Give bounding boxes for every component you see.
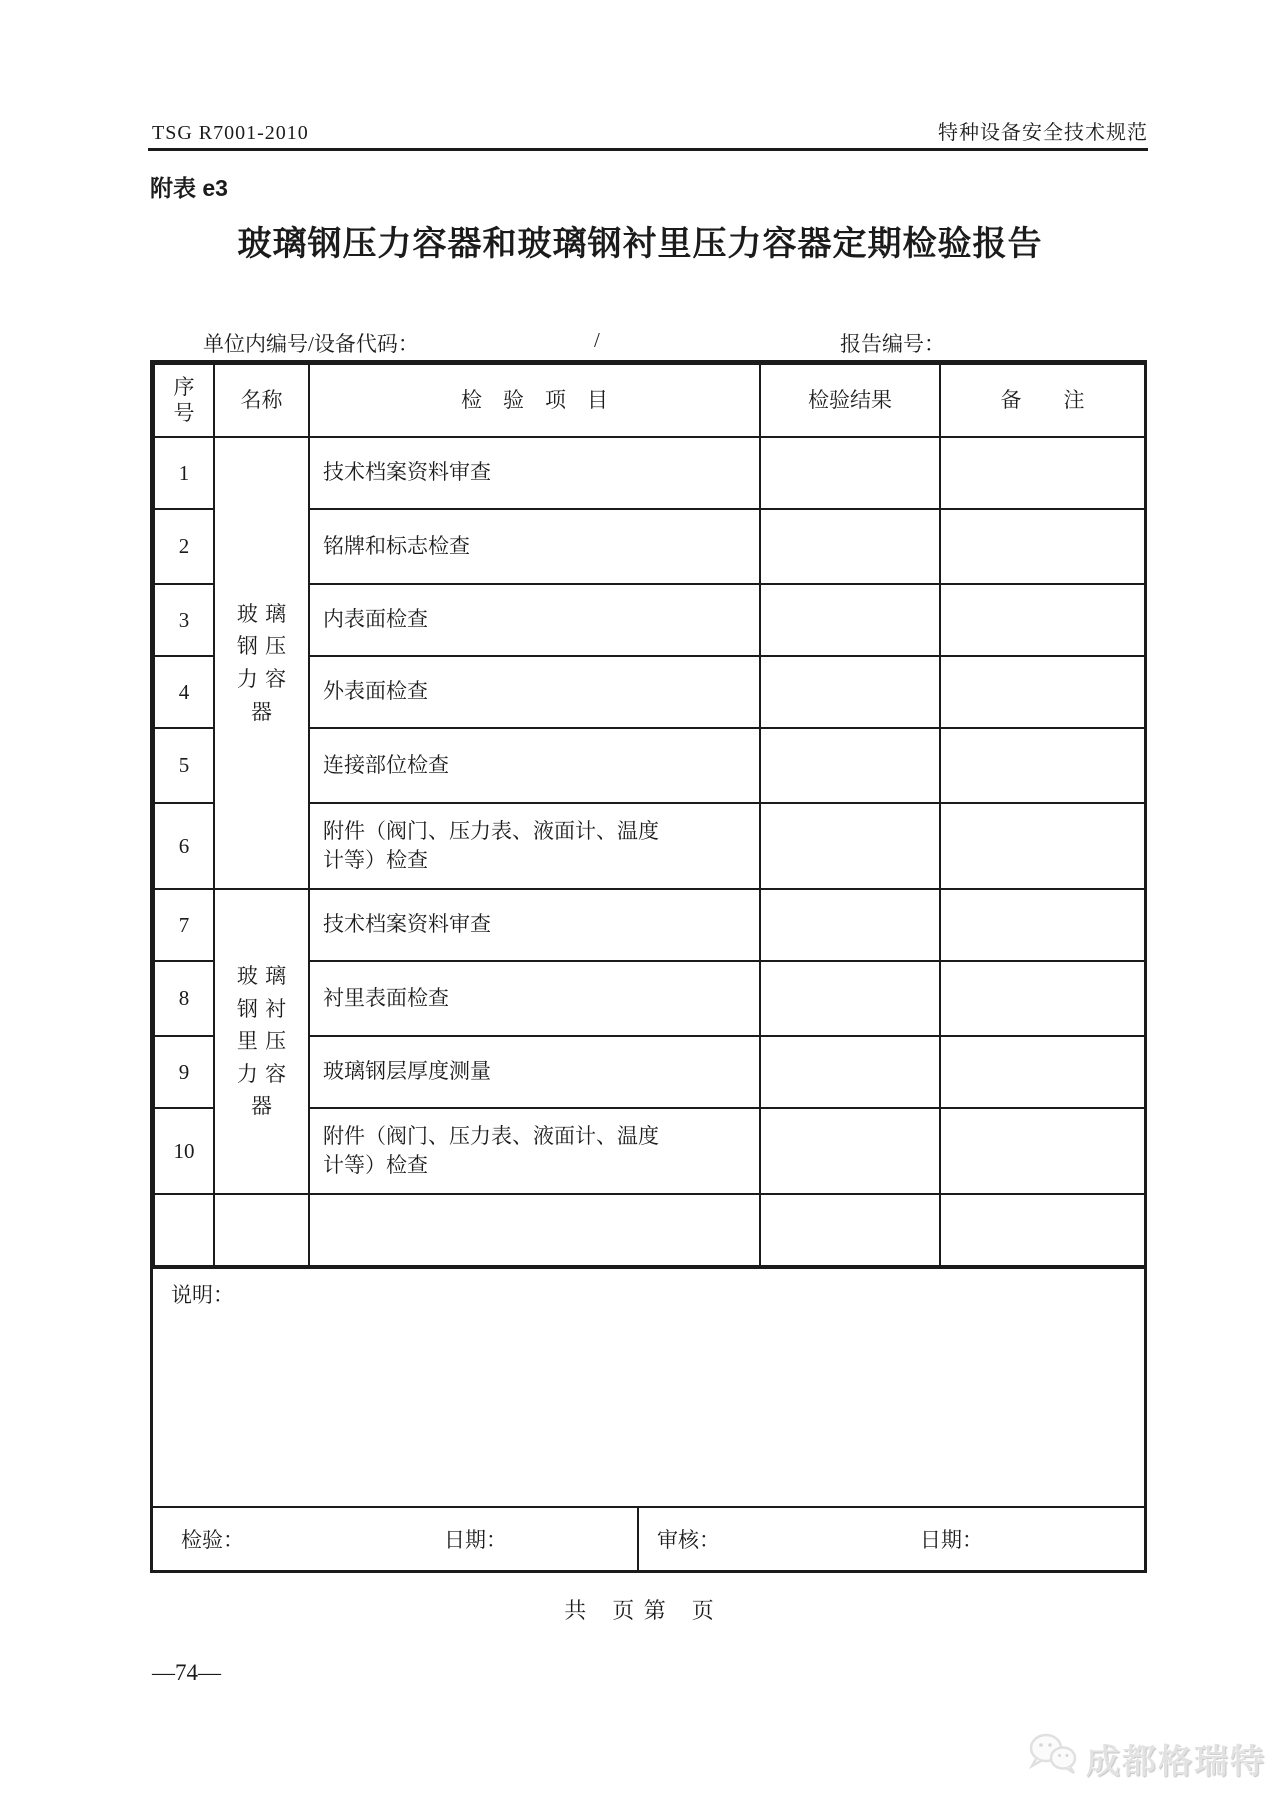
header-result: 检验结果	[760, 364, 940, 437]
row-seq: 6	[154, 803, 214, 889]
signature-row: 检验： 日期： 审核： 日期：	[153, 1506, 1144, 1570]
row-item: 技术档案资料审查	[309, 889, 760, 961]
row-remark	[940, 803, 1145, 889]
note-label: 说明：	[153, 1269, 1144, 1309]
group-name-frp-vessel: 玻璃 钢压 力容 器	[214, 437, 309, 889]
doc-title: 特种设备安全技术规范	[938, 116, 1148, 145]
group-name-frp-lined-vessel: 玻璃 钢衬 里压 力容 器	[214, 889, 309, 1194]
row-seq: 3	[154, 584, 214, 656]
annex-label: 附表 e3	[150, 170, 228, 203]
review-date-label: 日期：	[920, 1524, 983, 1554]
meta-line: 单位内编号/设备代码： / 报告编号：	[0, 328, 1280, 358]
row-result	[760, 889, 940, 961]
header-seq: 序 号	[154, 364, 214, 437]
doc-code: TSG R7001-2010	[152, 122, 309, 145]
row-remark	[940, 509, 1145, 584]
row-item: 外表面检查	[309, 656, 760, 728]
report-title: 玻璃钢压力容器和玻璃钢衬里压力容器定期检验报告	[0, 216, 1280, 265]
header-item: 检 验 项 目	[309, 364, 760, 437]
row-item: 技术档案资料审查	[309, 437, 760, 509]
unit-code-label: 单位内编号/设备代码：	[203, 328, 419, 358]
signature-right-cell: 审核： 日期：	[639, 1508, 1144, 1570]
row-item: 衬里表面检查	[309, 961, 760, 1036]
row-remark	[940, 584, 1145, 656]
row-remark	[940, 437, 1145, 509]
signature-left-cell: 检验： 日期：	[153, 1508, 639, 1570]
row-result	[760, 803, 940, 889]
table-row: 1 玻璃 钢压 力容 器 技术档案资料审查	[154, 437, 1145, 509]
row-remark	[940, 961, 1145, 1036]
row-seq: 2	[154, 509, 214, 584]
row-result	[760, 1108, 940, 1194]
row-result	[760, 437, 940, 509]
row-name	[214, 1194, 309, 1266]
table-row-empty	[154, 1194, 1145, 1266]
note-section: 说明：	[153, 1267, 1144, 1506]
running-header: TSG R7001-2010 特种设备安全技术规范	[152, 116, 1148, 145]
row-seq: 8	[154, 961, 214, 1036]
header-remark: 备 注	[940, 364, 1145, 437]
row-result	[760, 961, 940, 1036]
row-result	[760, 656, 940, 728]
row-result	[760, 1194, 940, 1266]
watermark-text: 成都格瑞特	[1086, 1734, 1266, 1783]
row-item	[309, 1194, 760, 1266]
inspector-label: 检验：	[181, 1524, 244, 1554]
row-seq: 10	[154, 1108, 214, 1194]
inspection-table: 序 号 名称 检 验 项 目 检验结果 备 注 1 玻璃 钢压 力容 器 技术档…	[150, 360, 1147, 1573]
row-remark	[940, 889, 1145, 961]
page-number: —74—	[152, 1660, 221, 1686]
row-item: 内表面检查	[309, 584, 760, 656]
reviewer-label: 审核：	[657, 1524, 720, 1554]
watermark: 成都格瑞特	[1026, 1732, 1266, 1785]
row-result	[760, 728, 940, 803]
document-page: TSG R7001-2010 特种设备安全技术规范 附表 e3 玻璃钢压力容器和…	[0, 0, 1280, 1810]
row-item: 连接部位检查	[309, 728, 760, 803]
header-name: 名称	[214, 364, 309, 437]
row-item: 附件（阀门、压力表、液面计、温度 计等）检查	[309, 1108, 760, 1194]
header-rule	[148, 148, 1148, 151]
row-remark	[940, 728, 1145, 803]
table-row: 7 玻璃 钢衬 里压 力容 器 技术档案资料审查	[154, 889, 1145, 961]
row-result	[760, 1036, 940, 1108]
row-seq: 4	[154, 656, 214, 728]
row-seq	[154, 1194, 214, 1266]
row-result	[760, 584, 940, 656]
report-no-label: 报告编号：	[840, 328, 945, 358]
row-seq: 1	[154, 437, 214, 509]
wechat-icon	[1026, 1732, 1078, 1785]
row-remark	[940, 656, 1145, 728]
table-header-row: 序 号 名称 检 验 项 目 检验结果 备 注	[154, 364, 1145, 437]
row-result	[760, 509, 940, 584]
row-seq: 5	[154, 728, 214, 803]
row-remark	[940, 1108, 1145, 1194]
row-remark	[940, 1036, 1145, 1108]
row-seq: 9	[154, 1036, 214, 1108]
row-item: 附件（阀门、压力表、液面计、温度 计等）检查	[309, 803, 760, 889]
row-remark	[940, 1194, 1145, 1266]
row-item: 铭牌和标志检查	[309, 509, 760, 584]
row-seq: 7	[154, 889, 214, 961]
page-count-line: 共 页 第 页	[0, 1594, 1280, 1625]
unit-code-separator: /	[594, 328, 600, 353]
inspect-date-label: 日期：	[444, 1524, 507, 1554]
row-item: 玻璃钢层厚度测量	[309, 1036, 760, 1108]
